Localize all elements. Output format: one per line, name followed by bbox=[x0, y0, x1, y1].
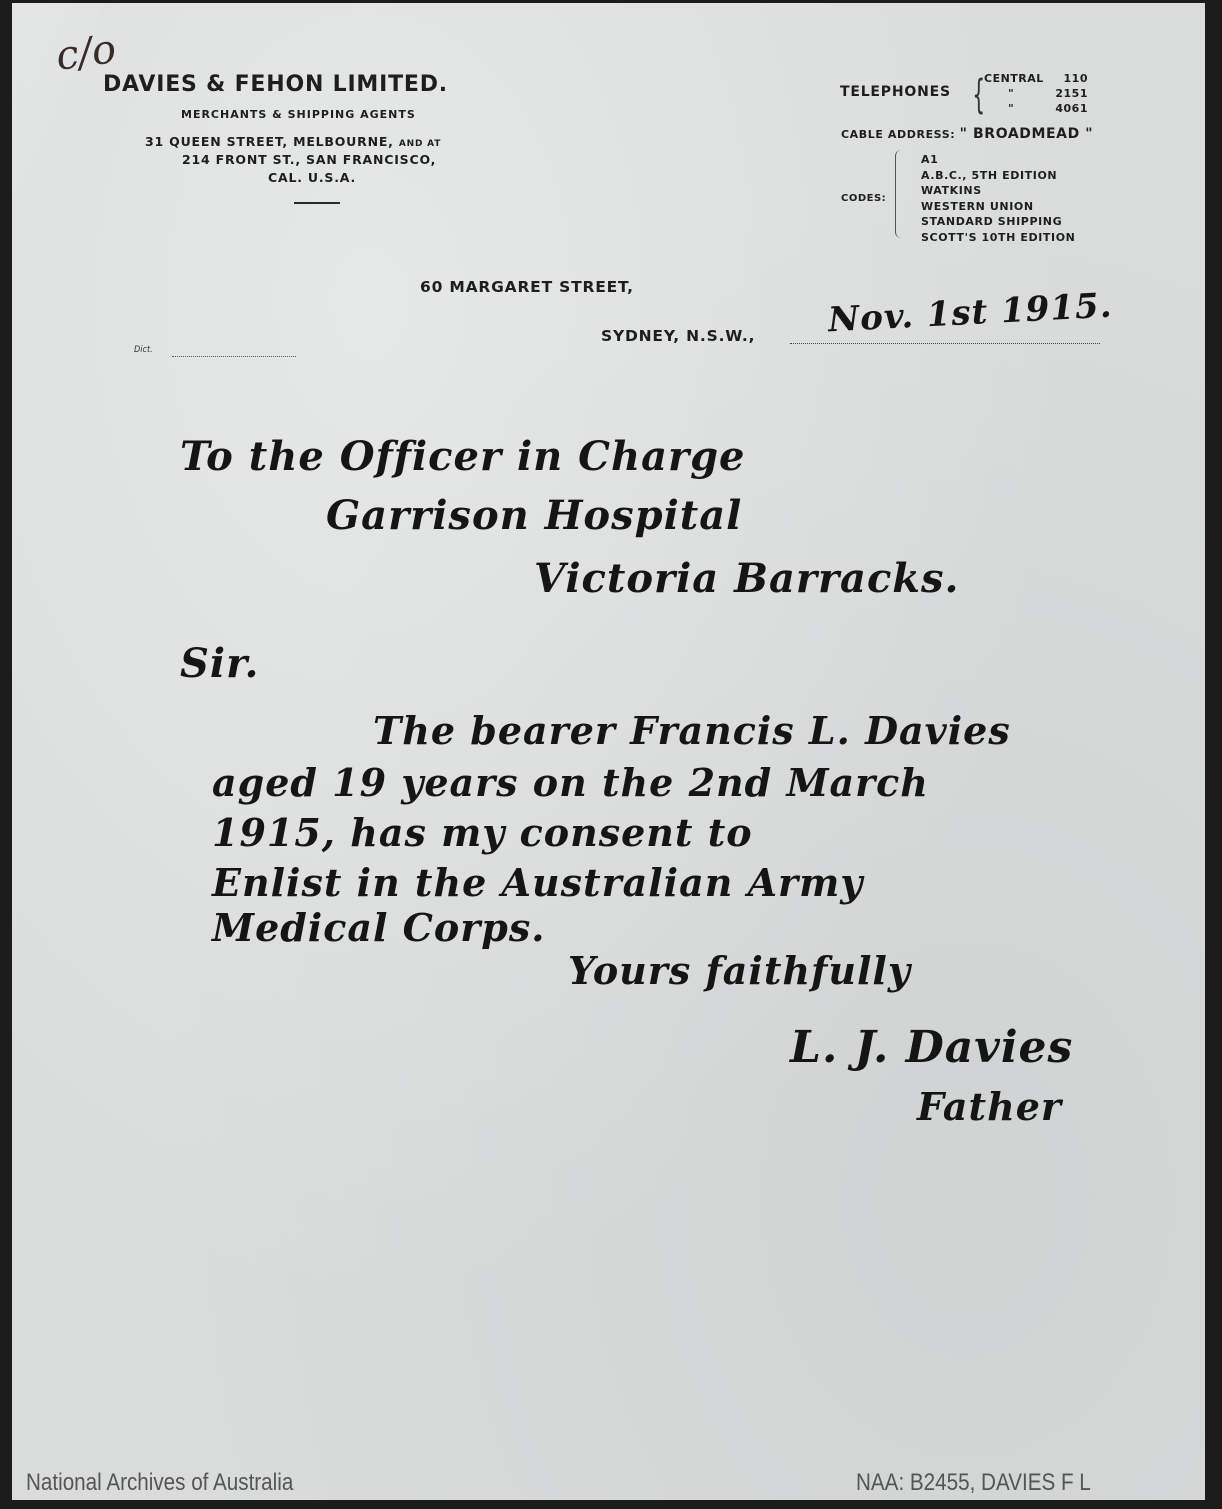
cable-label: CABLE ADDRESS: bbox=[841, 128, 955, 141]
address-line-1: 31 QUEEN STREET, MELBOURNE, bbox=[145, 134, 394, 149]
closing: Yours faithfully bbox=[568, 948, 911, 993]
body-line: The bearer Francis L. Davies bbox=[373, 708, 1011, 753]
signer-relation: Father bbox=[917, 1084, 1062, 1129]
letterhead-divider bbox=[294, 202, 340, 204]
telephone-number: 2151 bbox=[1055, 86, 1088, 101]
salutation: Sir. bbox=[180, 640, 259, 687]
code-item: A.B.C., 5TH EDITION bbox=[921, 168, 1075, 184]
archive-name: National Archives of Australia bbox=[26, 1469, 293, 1497]
address-line-1-suffix: AND AT bbox=[399, 139, 441, 149]
address-state: CAL. U.S.A. bbox=[268, 170, 356, 185]
code-item: STANDARD SHIPPING bbox=[921, 214, 1075, 230]
date-line bbox=[790, 343, 1100, 344]
body-line: 1915, has my consent to bbox=[212, 810, 753, 855]
body-line: Enlist in the Australian Army bbox=[212, 860, 863, 905]
telephone-number: 110 bbox=[1064, 71, 1088, 86]
address-melbourne: 31 QUEEN STREET, MELBOURNE, AND AT bbox=[145, 134, 441, 149]
cable-value: " BROADMEAD " bbox=[960, 126, 1094, 142]
telephone-list: CENTRAL 110 " 2151 " 4061 bbox=[984, 71, 1088, 116]
telephone-exchange: CENTRAL bbox=[984, 71, 1044, 86]
codes-list: A1 A.B.C., 5TH EDITION WATKINS WESTERN U… bbox=[921, 152, 1075, 245]
telephone-exchange: " bbox=[984, 101, 1014, 116]
codes-label: CODES: bbox=[841, 193, 886, 204]
codes-brace-icon bbox=[895, 150, 904, 238]
code-item: WATKINS bbox=[921, 183, 1075, 199]
cable-address: CABLE ADDRESS: " BROADMEAD " bbox=[841, 126, 1093, 142]
body-line: aged 19 years on the 2nd March bbox=[212, 760, 929, 805]
telephone-number: 4061 bbox=[1055, 101, 1088, 116]
telephone-entry: " 2151 bbox=[984, 86, 1088, 101]
recipient-line: To the Officer in Charge bbox=[180, 433, 746, 480]
telephone-exchange: " bbox=[984, 86, 1014, 101]
telephone-entry: CENTRAL 110 bbox=[984, 71, 1088, 86]
company-name: DAVIES & FEHON LIMITED. bbox=[103, 72, 448, 97]
company-tagline: MERCHANTS & SHIPPING AGENTS bbox=[181, 108, 416, 121]
recipient-line: Garrison Hospital bbox=[326, 492, 742, 539]
office-city: SYDNEY, N.S.W., bbox=[601, 327, 755, 345]
archive-reference: NAA: B2455, DAVIES F L bbox=[856, 1469, 1091, 1497]
code-item: WESTERN UNION bbox=[921, 199, 1075, 215]
code-item: A1 bbox=[921, 152, 1075, 168]
recipient-line: Victoria Barracks. bbox=[534, 555, 959, 602]
dict-label: Dict. bbox=[134, 345, 153, 355]
office-street: 60 MARGARET STREET, bbox=[420, 278, 634, 296]
telephone-entry: " 4061 bbox=[984, 101, 1088, 116]
body-line: Medical Corps. bbox=[212, 905, 545, 950]
dict-line bbox=[172, 356, 296, 357]
code-item: SCOTT'S 10TH EDITION bbox=[921, 230, 1075, 246]
address-san-francisco: 214 FRONT ST., SAN FRANCISCO, bbox=[182, 152, 436, 167]
telephones-label: TELEPHONES bbox=[840, 84, 951, 100]
signature: L. J. Davies bbox=[790, 1022, 1073, 1073]
